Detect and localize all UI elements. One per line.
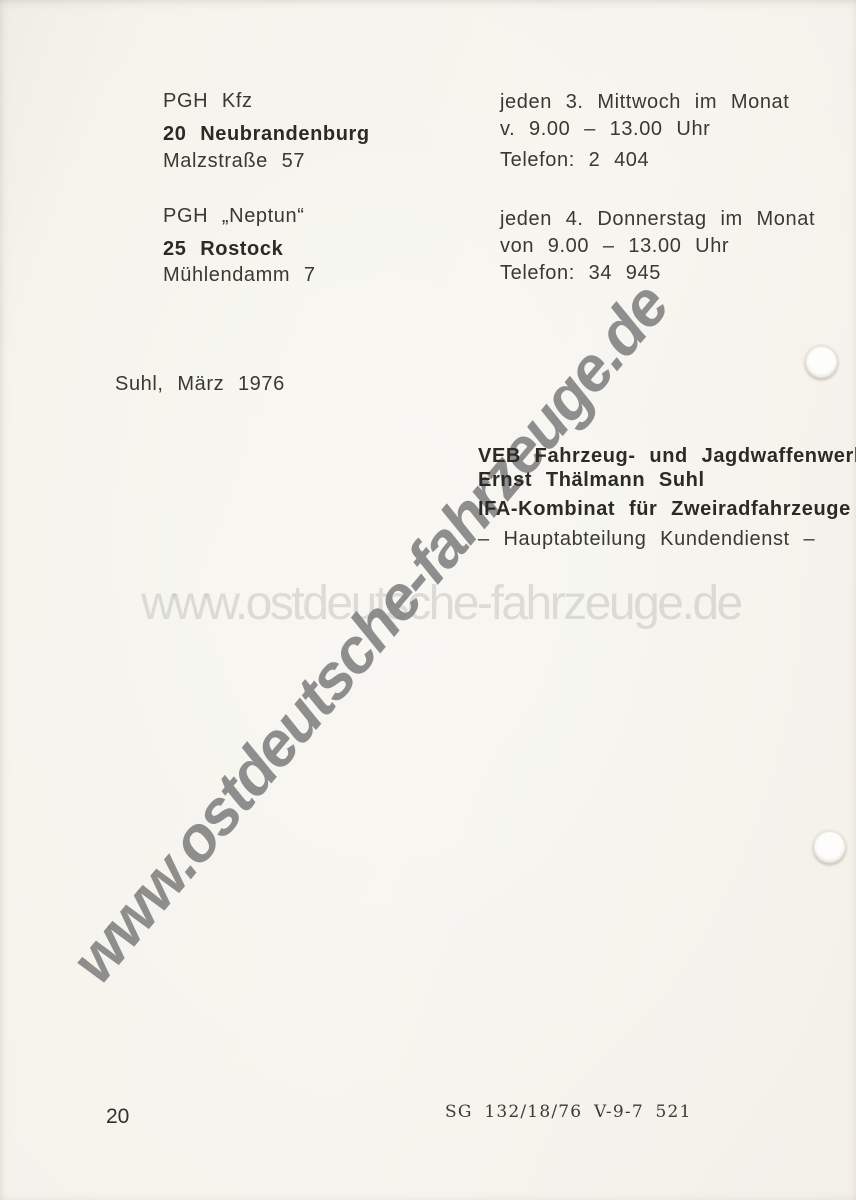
punch-hole-top xyxy=(806,347,837,378)
watermark-horizontal: www.ostdeutsche-fahrzeuge.de xyxy=(141,576,741,631)
dateline: Suhl, März 1976 xyxy=(115,374,285,394)
entry-2-schedule-line-1: jeden 4. Donnerstag im Monat xyxy=(500,209,815,229)
entry-1-schedule-line-2: v. 9.00 – 13.00 Uhr xyxy=(500,119,710,139)
entry-1-phone: Telefon: 2 404 xyxy=(500,150,649,170)
punch-hole-bottom xyxy=(814,832,845,863)
publisher-line-1: VEB Fahrzeug- und Jagdwaffenwerk xyxy=(478,446,856,466)
page-number: 20 xyxy=(106,1105,129,1129)
entry-2-city: 25 Rostock xyxy=(163,239,283,259)
entry-1-schedule-line-1: jeden 3. Mittwoch im Monat xyxy=(500,92,789,112)
publisher-line-2: Ernst Thälmann Suhl xyxy=(478,470,705,490)
entry-2-name: PGH „Neptun“ xyxy=(163,206,305,226)
entry-1-street: Malzstraße 57 xyxy=(163,151,305,171)
entry-1-city: 20 Neubrandenburg xyxy=(163,124,370,144)
entry-2-phone: Telefon: 34 945 xyxy=(500,263,661,283)
entry-2-schedule-line-2: von 9.00 – 13.00 Uhr xyxy=(500,236,729,256)
entry-2-street: Mühlendamm 7 xyxy=(163,265,316,285)
document-page: www.ostdeutsche-fahrzeuge.de www.ostdeut… xyxy=(0,0,856,1200)
publisher-line-4: – Hauptabteilung Kundendienst – xyxy=(478,529,815,549)
print-code: SG 132/18/76 V-9-7 521 xyxy=(445,1102,692,1122)
entry-1-name: PGH Kfz xyxy=(163,91,253,111)
publisher-line-3: IFA-Kombinat für Zweiradfahrzeuge xyxy=(478,499,851,519)
